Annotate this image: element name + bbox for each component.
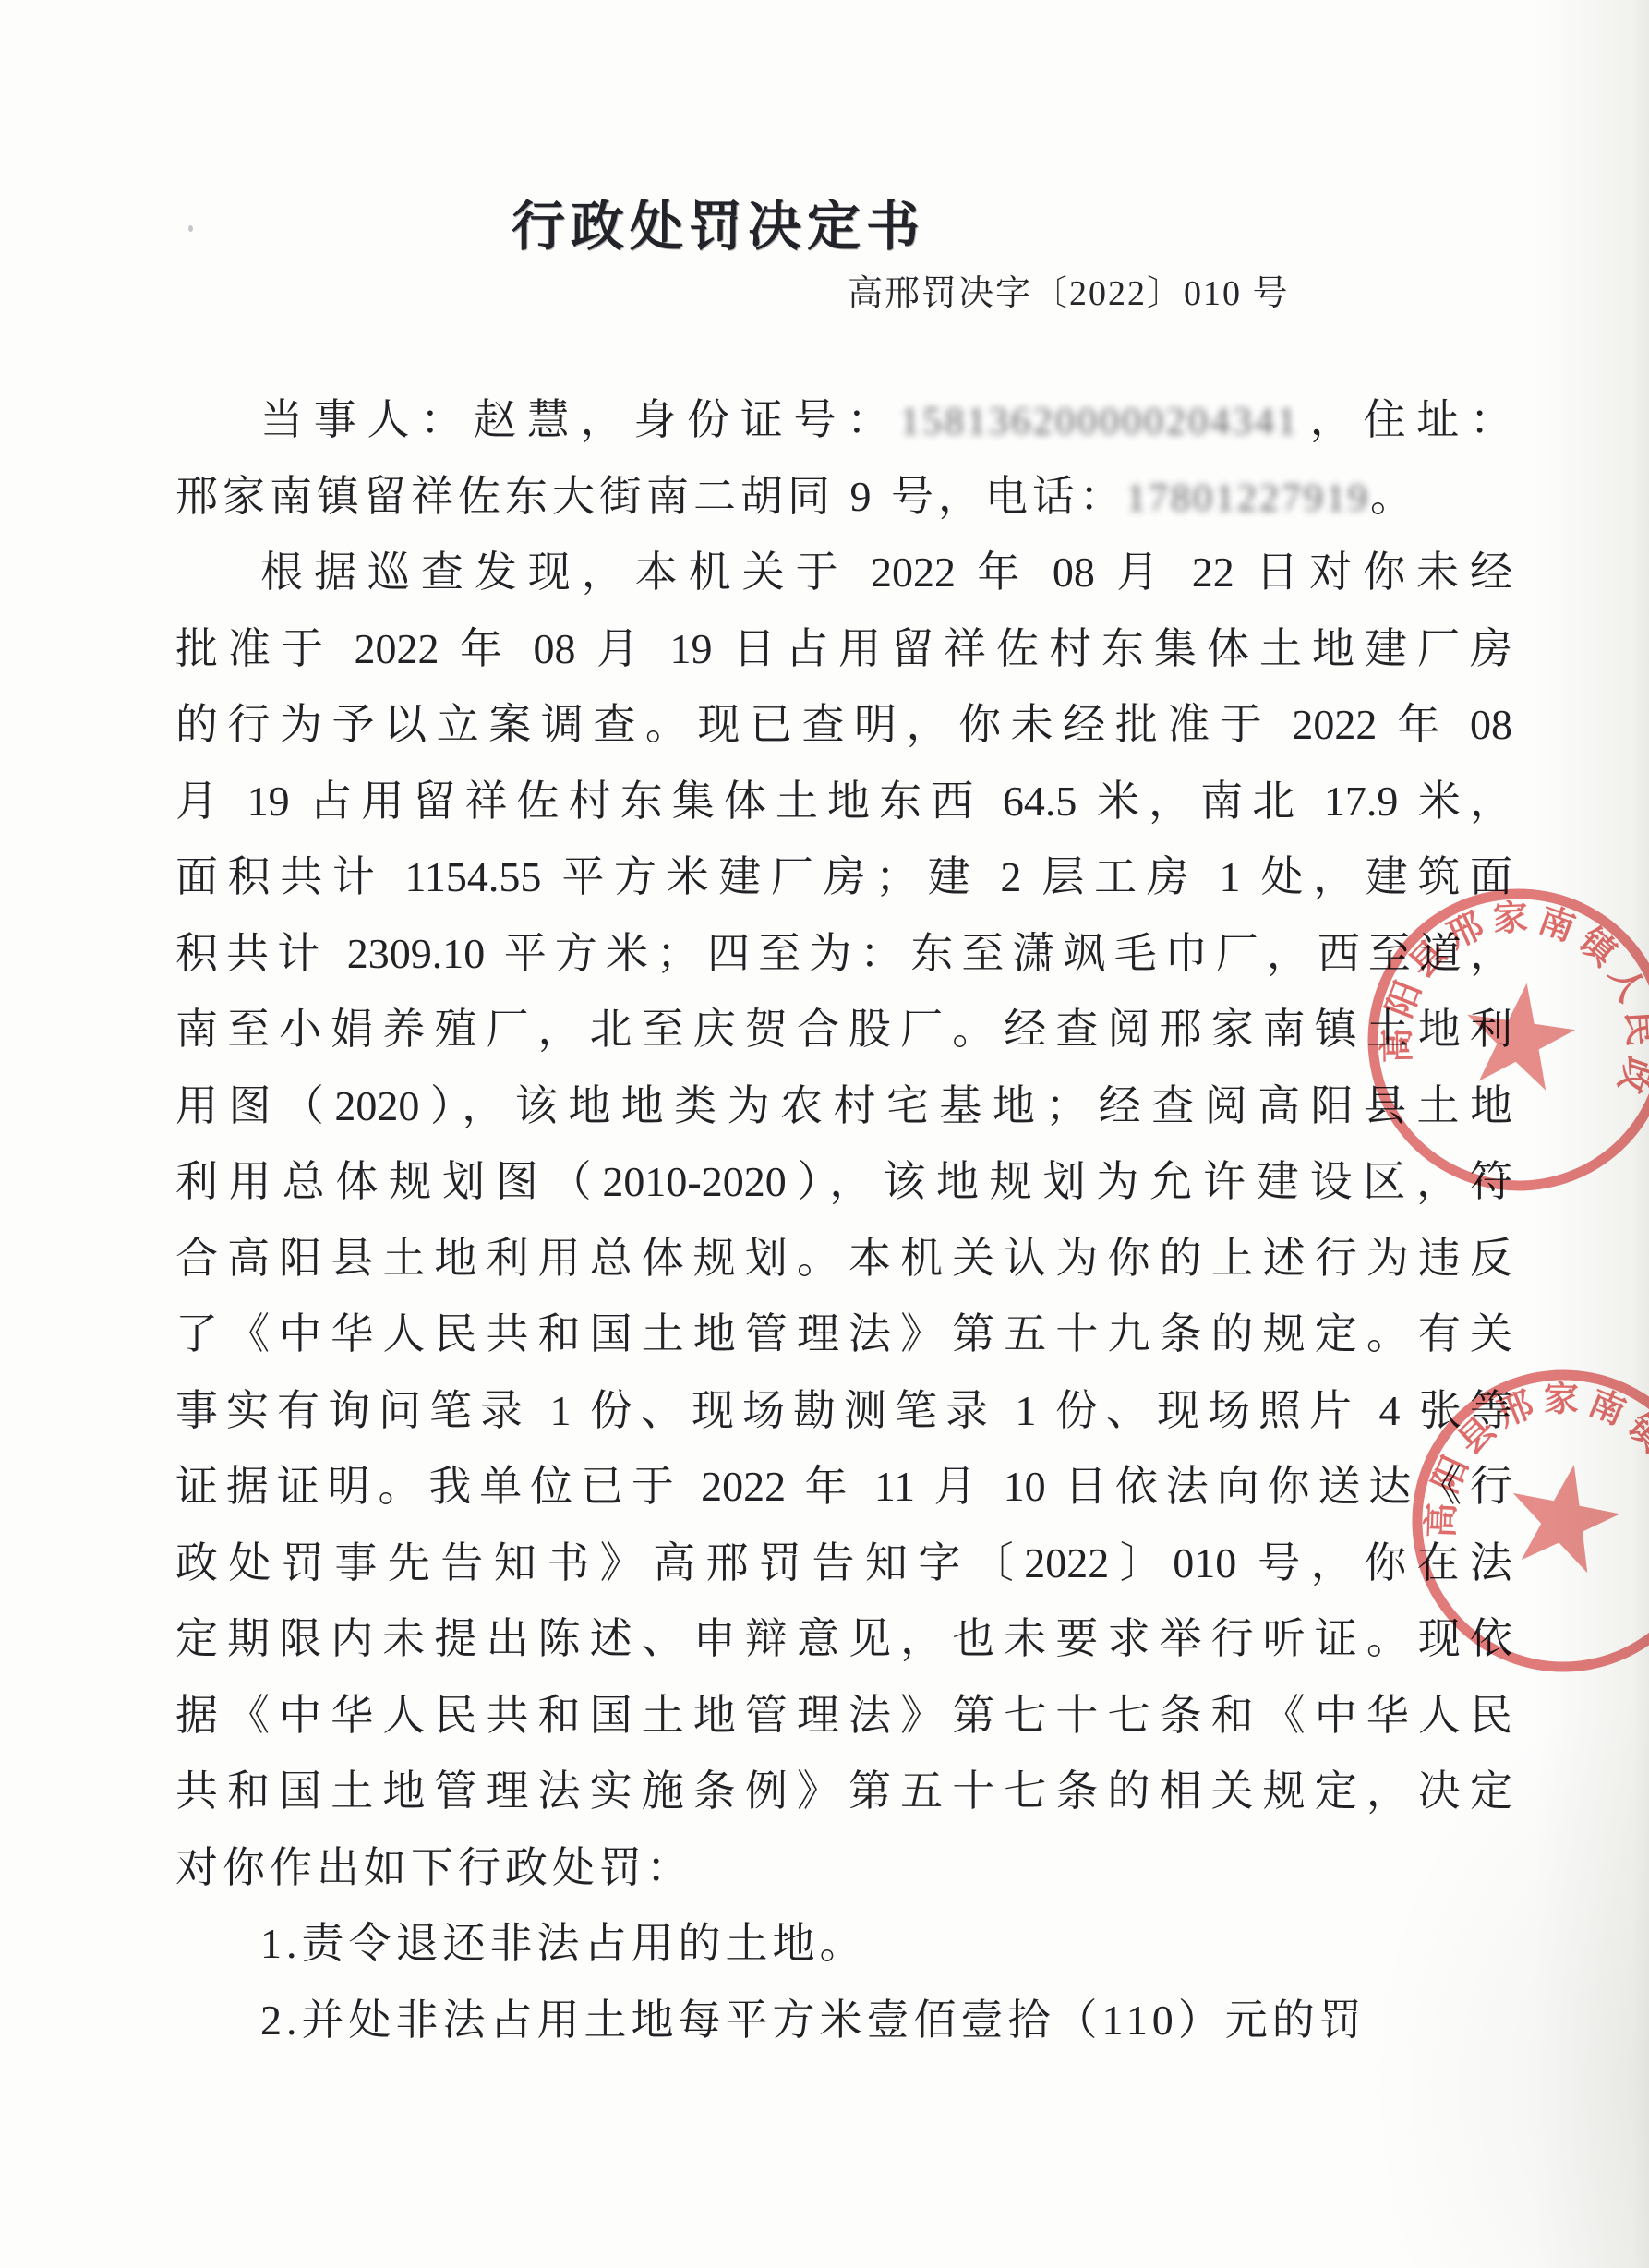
seal-star-icon: [1459, 975, 1581, 1093]
body-line: 据《中华人民共和国土地管理法》第七十七条和《中华人民: [175, 1678, 1512, 1755]
body-line: 事实有询问笔录 1 份、现场勘测笔录 1 份、现场照片 4 张等: [175, 1373, 1512, 1450]
party-line-1: 当事人：赵慧，身份证号：158136200000204341，住址：: [175, 382, 1512, 459]
document-page: 行政处罚决定书 高邢罚决字〔2022〕010 号 当事人：赵慧，身份证号：158…: [0, 0, 1649, 2268]
seal-star-icon: [1501, 1454, 1628, 1577]
body-line: 南至小娟养殖厂，北至庆贺合股厂。经查阅邢家南镇土地利: [175, 992, 1512, 1068]
id-number-redacted: 158136200000204341: [900, 401, 1299, 443]
body-line: 1.责令退还非法占用的土地。: [175, 1906, 1512, 1983]
body-text: 当事人：赵慧，身份证号：158136200000204341，住址： 邢家南镇留…: [175, 382, 1512, 2058]
page-title: 行政处罚决定书: [0, 183, 1437, 260]
body-line: 共和国土地管理法实施条例》第五十七条的相关规定，决定: [175, 1754, 1512, 1830]
party-line1-post: ，住址：: [1299, 396, 1512, 443]
body-line: 2.并处非法占用土地每平方米壹佰壹拾（110）元的罚: [175, 1983, 1512, 2059]
body-line: 证据证明。我单位已于 2022 年 11 月 10 日依法向你送达《行: [175, 1449, 1512, 1526]
body-line: 定期限内未提出陈述、申辩意见，也未要求举行听证。现依: [175, 1601, 1512, 1678]
body-line: 根据巡查发现，本机关于 2022 年 08 月 22 日对你未经: [175, 535, 1512, 611]
phone-redacted: 17801227919: [1126, 477, 1370, 520]
body-line: 的行为予以立案调查。现已查明，你未经批准于 2022 年 08: [175, 687, 1512, 764]
body-line: 了《中华人民共和国土地管理法》第五十九条的规定。有关: [175, 1297, 1512, 1373]
body-line: 用图（2020），该地地类为农村宅基地；经查阅高阳县土地: [175, 1068, 1512, 1145]
party-line2-pre: 邢家南镇留祥佐东大街南二胡同 9 号，电话：: [175, 473, 1126, 520]
seal-graphic-top: 高阳县邢家南镇人民政府: [1342, 863, 1649, 1217]
body-line: 利用总体规划图（2010-2020），该地规划为允许建设区，符: [175, 1144, 1512, 1221]
body-line: 合高阳县土地利用总体规划。本机关认为你的上述行为违反: [175, 1221, 1512, 1297]
body-line: 积共计 2309.10 平方米；四至为：东至潇飒毛巾厂，西至道，: [175, 916, 1512, 993]
party-line-2: 邢家南镇留祥佐东大街南二胡同 9 号，电话：17801227919。: [175, 459, 1512, 536]
doc-number: 高邢罚决字〔2022〕010 号: [848, 264, 1290, 315]
body-line: 月 19 占用留祥佐村东集体土地东西 64.5 米，南北 17.9 米，: [175, 764, 1512, 840]
body-line: 批准于 2022 年 08 月 19 日占用留祥佐村东集体土地建厂房: [175, 611, 1512, 688]
party-line1-pre: 当事人：赵慧，身份证号：: [260, 396, 900, 443]
official-seal-top: 高阳县邢家南镇人民政府: [1342, 863, 1649, 1217]
party-line2-post: 。: [1370, 473, 1417, 520]
body-line: 对你作出如下行政处罚：: [175, 1830, 1512, 1907]
body-line: 面积共计 1154.55 平方米建厂房；建 2 层工房 1 处，建筑面: [175, 839, 1512, 916]
body-line: 政处罚事先告知书》高邢罚告知字〔2022〕010 号，你在法: [175, 1526, 1512, 1602]
